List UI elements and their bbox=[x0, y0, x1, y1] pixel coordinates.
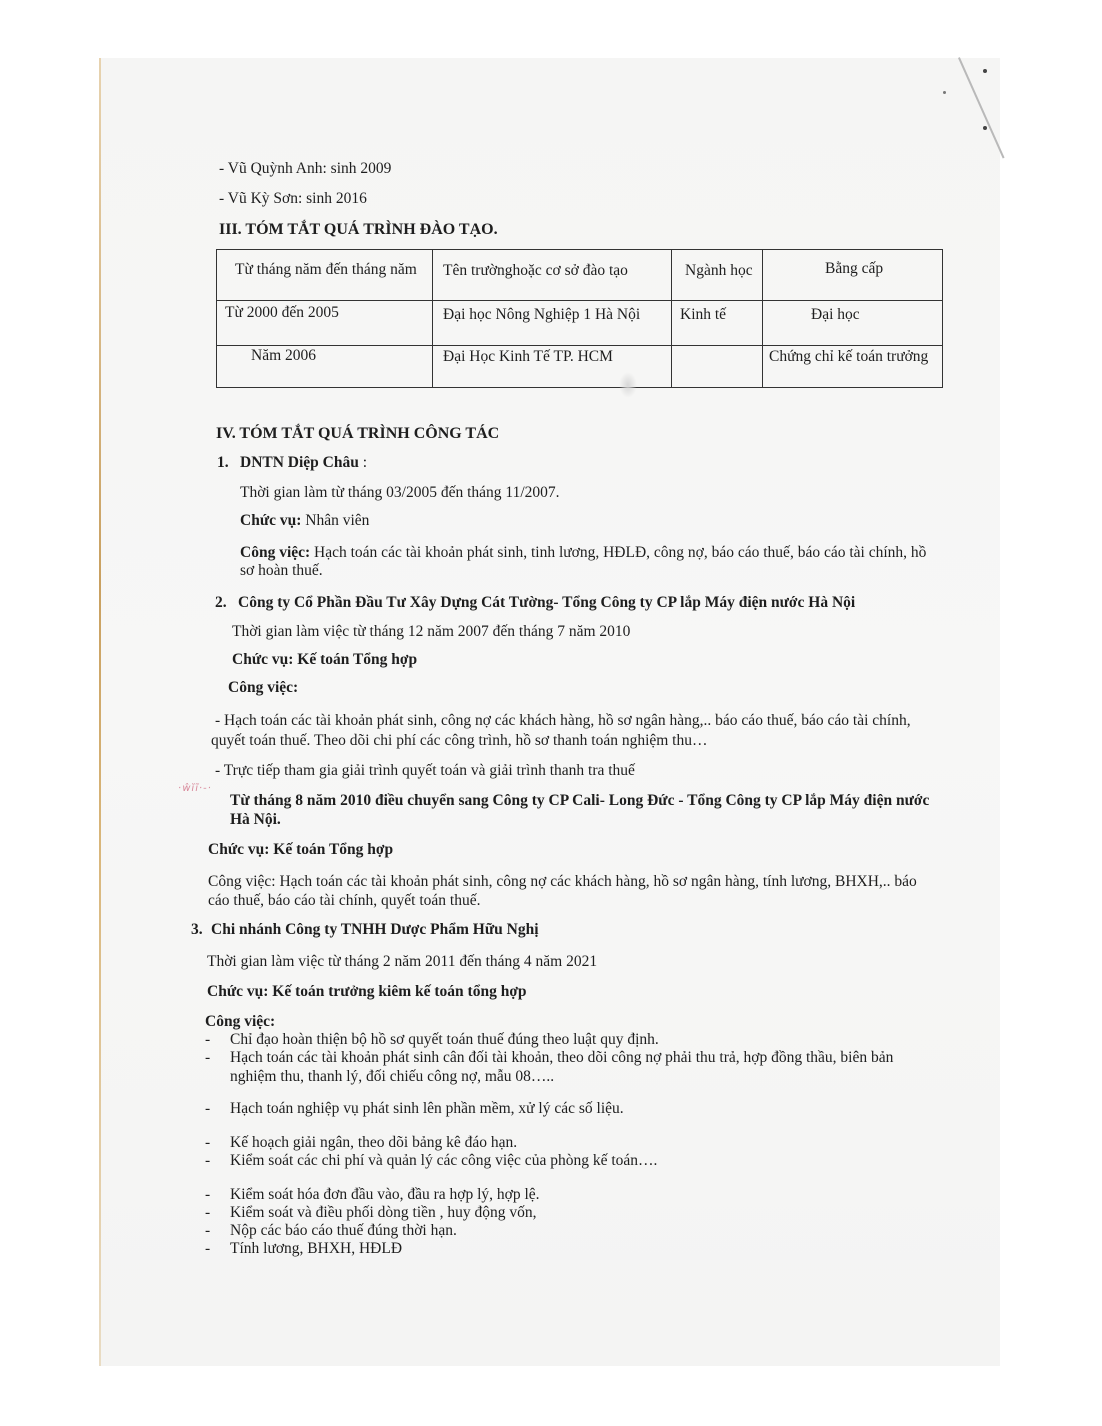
job-period: Thời gian làm việc từ tháng 12 năm 2007 … bbox=[232, 623, 630, 641]
bullet-dash: - bbox=[205, 1240, 210, 1258]
table-cell: Từ 2000 đến 2005 bbox=[225, 304, 339, 322]
work-bullet: Tính lương, BHXH, HĐLĐ bbox=[230, 1240, 402, 1258]
work-bullet: Kế hoạch giải ngân, theo dõi bảng kê đáo… bbox=[230, 1134, 517, 1152]
job-company: DNTN Diệp Châu bbox=[240, 454, 359, 471]
job-heading: Chi nhánh Công ty TNHH Dược Phẩm Hữu Ngh… bbox=[211, 921, 539, 939]
job-heading: DNTN Diệp Châu : bbox=[240, 454, 367, 472]
job-position: Chức vụ: Kế toán Tổng hợp bbox=[232, 651, 417, 669]
job-period: Thời gian làm việc từ tháng 2 năm 2011 đ… bbox=[207, 953, 597, 971]
table-cell: Đại học bbox=[811, 306, 860, 324]
job-heading-suffix: : bbox=[359, 454, 367, 471]
work-bullet-continued: quyết toán thuế. Theo dõi chi phí các cô… bbox=[211, 732, 708, 750]
job-number: 1. bbox=[217, 454, 229, 472]
work-label: Công việc: bbox=[228, 679, 298, 697]
job-number: 3. bbox=[191, 921, 203, 939]
position-label: Chức vụ: bbox=[240, 512, 301, 529]
child-line: - Vũ Kỳ Sơn: sinh 2016 bbox=[219, 190, 367, 208]
table-cell: Năm 2006 bbox=[251, 347, 316, 365]
job-period: Thời gian làm từ tháng 03/2005 đến tháng… bbox=[240, 484, 560, 502]
work-bullet: Kiểm soát các chi phí và quản lý các côn… bbox=[230, 1152, 657, 1170]
bullet-dash: - bbox=[205, 1134, 210, 1152]
job-work: Công việc: Hạch toán các tài khoản phát … bbox=[240, 544, 926, 562]
section-title-education: III. TÓM TẮT QUÁ TRÌNH ĐÀO TẠO. bbox=[219, 221, 498, 239]
transfer-work-continued: cáo thuế, báo cáo tài chính, quyết toán … bbox=[208, 892, 480, 910]
transfer-heading-continued: Hà Nội. bbox=[230, 811, 281, 829]
table-cell: Chứng chỉ kế toán trưởng bbox=[769, 348, 928, 366]
transfer-work: Công việc: Hạch toán các tài khoản phát … bbox=[208, 873, 917, 891]
table-cell: Đại Học Kinh Tế TP. HCM bbox=[443, 348, 613, 366]
page-edge-shadow bbox=[99, 58, 101, 1366]
table-cell: Đại học Nông Nghiệp 1 Hà Nội bbox=[443, 306, 640, 324]
job-position: Chức vụ: Kế toán trưởng kiêm kế toán tổn… bbox=[207, 983, 527, 1001]
job-heading: Công ty Cổ Phần Đầu Tư Xây Dựng Cát Tườn… bbox=[238, 594, 855, 612]
table-cell: Kinh tế bbox=[680, 306, 726, 324]
table-header: Ngành học bbox=[685, 262, 753, 280]
table-header: Bằng cấp bbox=[825, 260, 883, 278]
child-line: - Vũ Quỳnh Anh: sinh 2009 bbox=[219, 160, 391, 178]
transfer-position: Chức vụ: Kế toán Tổng hợp bbox=[208, 841, 393, 859]
scan-speck bbox=[943, 91, 946, 94]
job-number: 2. bbox=[215, 594, 227, 612]
bullet-dash: - bbox=[205, 1152, 210, 1170]
section-title-work: IV. TÓM TẮT QUÁ TRÌNH CÔNG TÁC bbox=[216, 425, 499, 443]
bullet-dash: - bbox=[205, 1204, 210, 1222]
bullet-dash: - bbox=[205, 1222, 210, 1240]
transfer-heading: Từ tháng 8 năm 2010 điều chuyển sang Côn… bbox=[230, 792, 929, 810]
bullet-dash: - bbox=[205, 1049, 210, 1067]
bullet-dash: - bbox=[205, 1031, 210, 1049]
table-header: Tên trườnghoặc cơ sở đào tạo bbox=[443, 262, 628, 280]
work-bullet: - Trực tiếp tham gia giải trình quyết to… bbox=[215, 762, 635, 780]
work-bullet-continued: nghiệm thu, thanh lý, đối chiếu công nợ,… bbox=[230, 1068, 554, 1086]
position-value: Nhân viên bbox=[301, 512, 369, 529]
work-text: Hạch toán các tài khoản phát sinh, tinh … bbox=[310, 544, 926, 561]
scan-speck bbox=[983, 126, 987, 130]
work-bullet: Nộp các báo cáo thuế đúng thời hạn. bbox=[230, 1222, 457, 1240]
work-bullet: Kiểm soát và điều phối dòng tiền , huy đ… bbox=[230, 1204, 537, 1222]
work-label: Công việc: bbox=[240, 544, 310, 561]
bullet-dash: - bbox=[205, 1100, 210, 1118]
work-bullet: - Hạch toán các tài khoản phát sinh, côn… bbox=[215, 712, 911, 730]
work-label: Công việc: bbox=[205, 1013, 275, 1031]
bullet-dash: - bbox=[205, 1186, 210, 1204]
table-header: Từ tháng năm đến tháng năm bbox=[235, 261, 417, 279]
stamp-mark: ·ŵĭĩ·-· bbox=[177, 783, 213, 794]
education-table: Từ tháng năm đến tháng năm Tên trườnghoặ… bbox=[216, 249, 943, 388]
work-bullet: Hạch toán các tài khoản phát sinh cân đố… bbox=[230, 1049, 893, 1067]
scan-speck bbox=[983, 69, 987, 73]
job-position: Chức vụ: Nhân viên bbox=[240, 512, 369, 530]
work-bullet: Chỉ đạo hoàn thiện bộ hồ sơ quyết toán t… bbox=[230, 1031, 659, 1049]
work-bullet: Hạch toán nghiệp vụ phát sinh lên phần m… bbox=[230, 1100, 624, 1118]
job-work-continued: sơ hoàn thuế. bbox=[240, 562, 323, 580]
work-bullet: Kiểm soát hóa đơn đầu vào, đầu ra hợp lý… bbox=[230, 1186, 540, 1204]
